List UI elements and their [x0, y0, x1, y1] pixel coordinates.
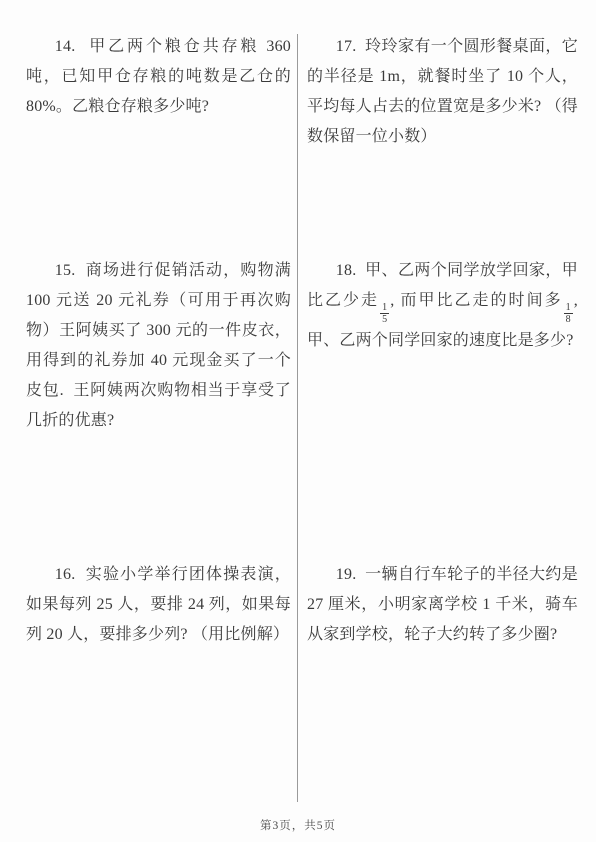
page-number: 第3页，共5页: [260, 820, 336, 832]
fraction: 15: [380, 302, 389, 326]
problem-19-text: 19. 一辆自行车轮子的半径大约是 27 厘米，小明家离学校 1 千米，骑车从家…: [307, 560, 578, 650]
worksheet-page: 14. 甲乙两个粮仓共存粮 360 吨，已知甲仓存粮的吨数是乙仓的 80%。乙粮…: [0, 0, 596, 842]
problem-17-text: 17. 玲玲家有一个圆形餐桌面，它的半径是 1m，就餐时坐了 10 个人，平均每…: [307, 32, 578, 152]
problem-18-text: 18. 甲、乙两个同学放学回家，甲比乙少走15, 而甲比乙走的时间多18, 甲、…: [307, 256, 578, 356]
problem-15-text: 15. 商场进行促销活动，购物满 100 元送 20 元礼券（可用于再次购物）王…: [26, 256, 291, 436]
fraction: 18: [564, 302, 573, 326]
page-footer: 第3页，共5页: [0, 818, 596, 834]
problem-14-text: 14. 甲乙两个粮仓共存粮 360 吨，已知甲仓存粮的吨数是乙仓的 80%。乙粮…: [26, 32, 291, 122]
problem-16-text: 16. 实验小学举行团体操表演，如果每列 25 人，要排 24 列，如果每列 2…: [26, 560, 291, 650]
column-divider: [297, 34, 298, 802]
